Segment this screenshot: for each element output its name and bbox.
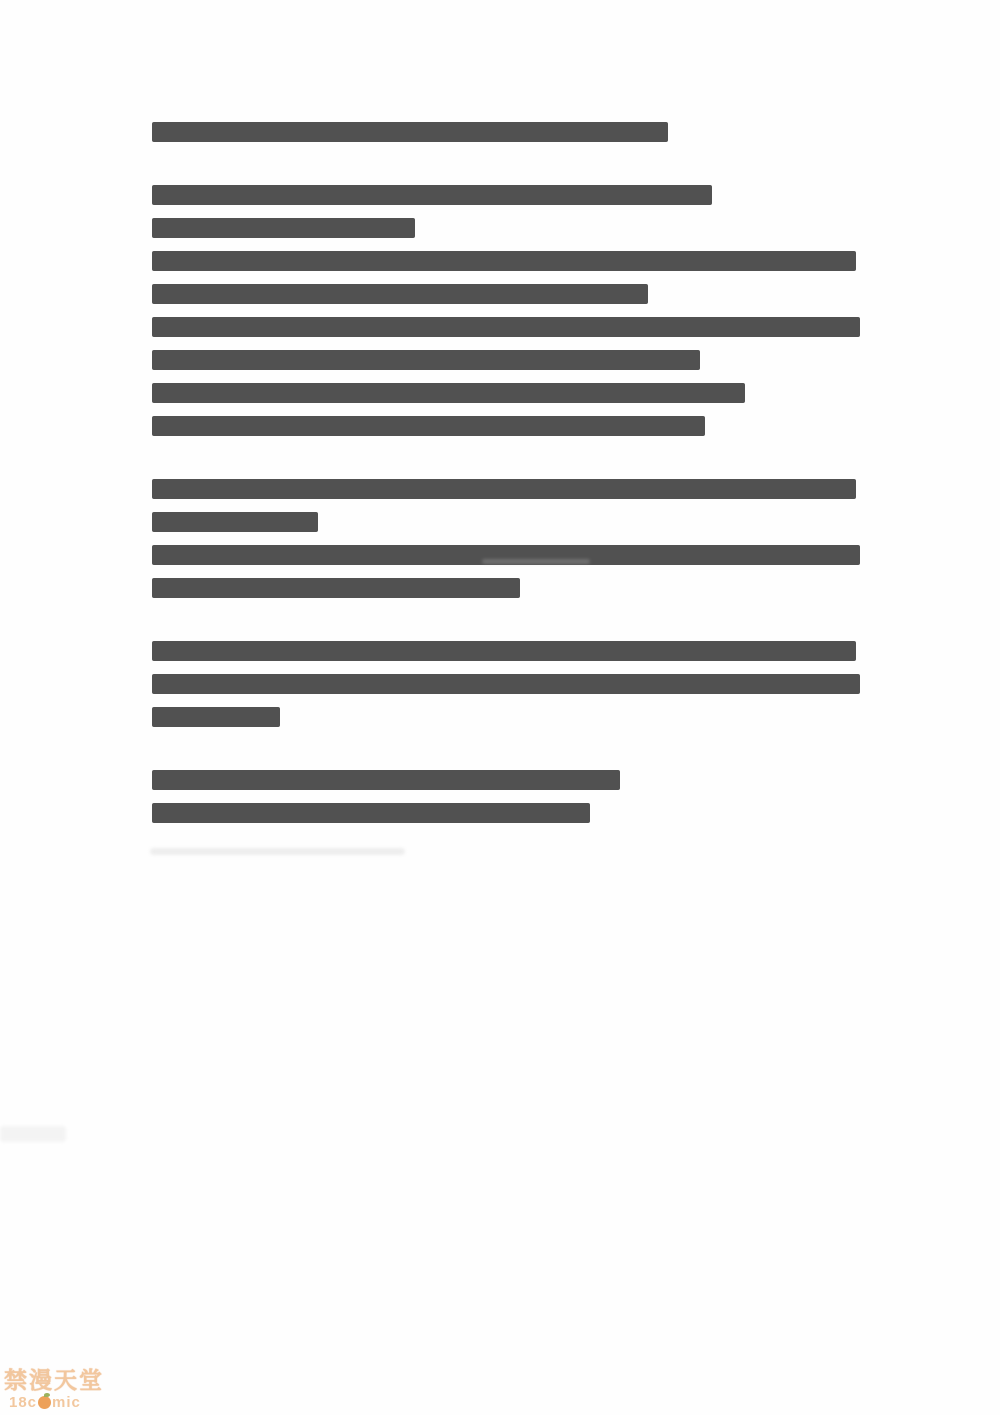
text-line xyxy=(152,416,864,445)
scan-artifact xyxy=(482,559,590,564)
paragraph xyxy=(152,479,864,607)
redacted-text-line xyxy=(152,803,590,823)
site-watermark: 禁漫天堂 18c mic xyxy=(4,1369,104,1410)
paragraph xyxy=(152,770,864,832)
redacted-text-line xyxy=(152,641,856,661)
text-block xyxy=(152,118,864,866)
text-line xyxy=(152,674,864,703)
text-line xyxy=(152,251,864,280)
text-line xyxy=(152,383,864,412)
redacted-text-line xyxy=(152,122,668,142)
redacted-text-line xyxy=(152,350,700,370)
watermark-title: 禁漫天堂 xyxy=(4,1369,104,1392)
redacted-text-line xyxy=(152,251,856,271)
redacted-text-line xyxy=(152,707,280,727)
text-line xyxy=(152,350,864,379)
text-line xyxy=(152,707,864,736)
paragraph xyxy=(152,185,864,445)
redacted-text-line xyxy=(152,284,648,304)
orange-fruit-icon xyxy=(38,1396,51,1409)
redacted-text-line xyxy=(152,578,520,598)
document-page: 禁漫天堂 18c mic xyxy=(0,0,1000,1415)
text-line xyxy=(152,122,864,151)
text-line xyxy=(152,578,864,607)
watermark-sub-left: 18c xyxy=(9,1395,37,1410)
redacted-text-line xyxy=(152,317,860,337)
paragraph xyxy=(152,122,864,151)
redacted-text-line xyxy=(152,416,705,436)
text-line xyxy=(152,479,864,508)
redacted-text-line xyxy=(152,479,856,499)
redacted-text-line xyxy=(152,185,712,205)
text-line xyxy=(152,317,864,346)
redacted-text-line xyxy=(152,770,620,790)
watermark-subtitle: 18c mic xyxy=(9,1395,104,1410)
redacted-text-line xyxy=(152,674,860,694)
redacted-text-line xyxy=(152,512,318,532)
scan-artifact xyxy=(150,848,405,855)
redacted-text-line xyxy=(152,383,745,403)
text-line xyxy=(152,512,864,541)
text-line xyxy=(152,770,864,799)
text-line xyxy=(152,218,864,247)
watermark-sub-right: mic xyxy=(52,1395,81,1410)
text-line xyxy=(152,185,864,214)
text-line xyxy=(152,284,864,313)
redacted-text-line xyxy=(152,218,415,238)
scan-artifact xyxy=(0,1126,66,1142)
text-line xyxy=(152,803,864,832)
text-line xyxy=(152,641,864,670)
paragraph xyxy=(152,641,864,736)
